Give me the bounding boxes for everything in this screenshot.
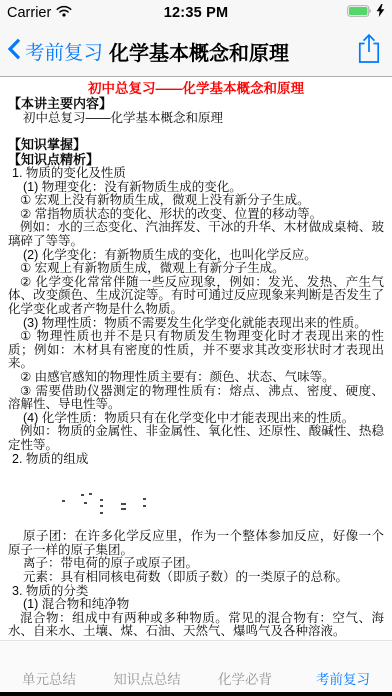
doc-line: 1. 物质的变化及性质 (8, 167, 384, 181)
app-window: Carrier 12:35 PM (0, 0, 392, 696)
doc-line: ① 物理性质也并不是只有物质发生物理变化时才表现出来的性质；例如：木材具有密度的… (8, 330, 384, 371)
section-heading: 【知识掌握】 (8, 138, 384, 153)
doc-line: 例如：物质的金属性、非金属性、氧化性、还原性、酸碱性、热稳定性等。 (8, 425, 384, 452)
back-button[interactable]: 考前复习 (7, 37, 103, 65)
share-icon (357, 33, 381, 69)
wifi-icon (56, 5, 72, 21)
doc-line: 混合物：组成中有两种或多种物质。常见的混合物有：空气、海水、自来水、土壤、煤、石… (8, 612, 384, 639)
doc-line: 原子团：在许多化学反应里，作为一个整体参加反应，好像一个原子一样的原子集团。 (8, 530, 384, 557)
doc-line: 元素：具有相同核电荷数（即质子数）的一类原子的总称。 (8, 571, 384, 585)
tab-unit-summary[interactable]: 单元总结 (0, 668, 98, 688)
degraded-diagram-dots (8, 488, 384, 518)
doc-line: ② 化学变化常常伴随一些反应现象，例如：发光、发热、产生气体、改变颜色、生成沉淀… (8, 276, 384, 317)
navigation-bar: 考前复习 化学基本概念和原理 (0, 26, 392, 77)
doc-line: 2. 物质的组成 (8, 453, 384, 467)
section-heading: 【本讲主要内容】 (8, 97, 384, 112)
carrier-label: Carrier (7, 5, 51, 21)
chevron-left-icon (7, 38, 21, 65)
battery-icon (347, 4, 373, 22)
doc-line: 例如：水的三态变化、汽油挥发、干冰的升华、木材做成桌椅、玻璃碎了等等。 (8, 221, 384, 248)
bottom-edge-bar (0, 692, 392, 696)
doc-line: ③ 需要借助仪器测定的物理性质有：熔点、沸点、密度、硬度、溶解性、导电性等。 (8, 385, 384, 412)
status-left: Carrier (7, 5, 132, 21)
share-button[interactable] (357, 33, 381, 69)
status-bar: Carrier 12:35 PM (0, 0, 392, 26)
doc-title: 初中总复习——化学基本概念和原理 (8, 80, 384, 97)
doc-line: ① 宏观上有新物质生成，微观上有新分子生成。 (8, 262, 384, 276)
page-title: 化学基本概念和原理 (109, 37, 289, 66)
tab-knowledge-summary[interactable]: 知识点总结 (98, 668, 196, 688)
doc-line: ② 由感官感知的物理性质主要有：颜色、状态、气味等。 (8, 371, 384, 385)
document-content[interactable]: 初中总复习——化学基本概念和原理 【本讲主要内容】 初中总复习——化学基本概念和… (0, 77, 392, 640)
back-button-label: 考前复习 (25, 37, 103, 65)
tab-chemistry-musts[interactable]: 化学必背 (196, 668, 294, 688)
doc-line: 初中总复习——化学基本概念和原理 (8, 112, 384, 126)
tab-exam-review[interactable]: 考前复习 (294, 668, 392, 688)
doc-line: (1) 混合物和纯净物 (8, 598, 384, 612)
doc-line: ① 宏观上没有新物质生成，微观上没有新分子生成。 (8, 194, 384, 208)
section-heading: 【知识点精析】 (8, 153, 384, 168)
doc-line: 离子：带电荷的原子或原子团。 (8, 557, 384, 571)
clock: 12:35 PM (132, 5, 260, 21)
charging-bolt-icon (376, 4, 385, 22)
status-right (260, 4, 385, 22)
tab-bar: 单元总结 知识点总结 化学必背 考前复习 (0, 640, 392, 692)
